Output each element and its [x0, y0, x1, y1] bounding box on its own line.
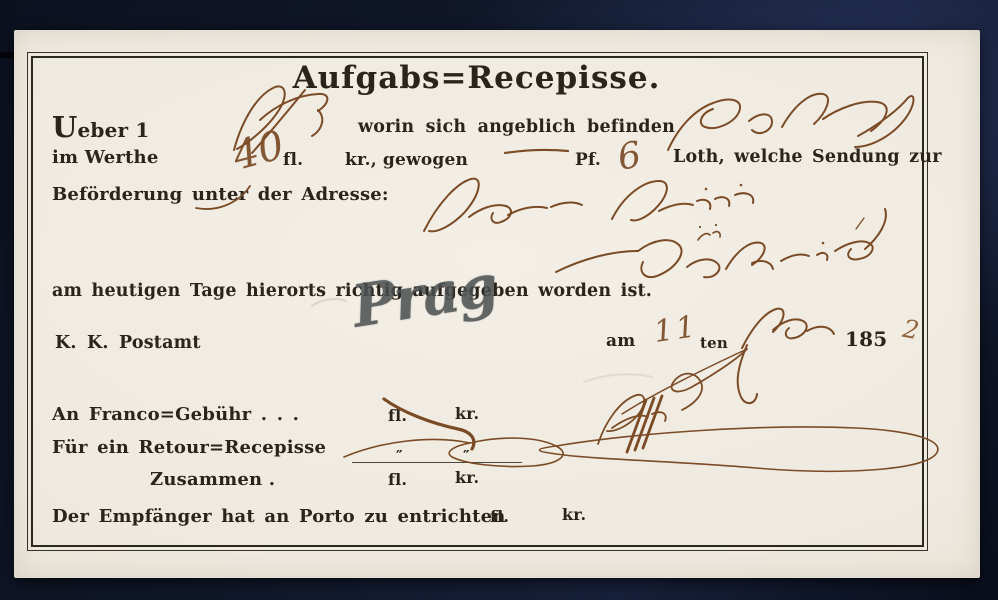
handwriting-day-11: 11 [652, 309, 701, 350]
value-line-left: im Werthe [52, 147, 159, 168]
office-label: K. K. Postamt [55, 333, 201, 353]
footer-porto-kr: kr. [562, 505, 586, 524]
fee-retour-label: Für ein Retour=Recepisse [52, 437, 326, 458]
date-am: am [606, 331, 635, 351]
footer-porto-label: Der Empfänger hat an Porto zu entrichten [52, 506, 506, 527]
document-title: Aufgabs=Recepisse. [27, 60, 926, 96]
value-line-pf: Pf. [575, 150, 601, 170]
value-line-kr: kr., gewogen [345, 150, 468, 170]
fee-franco-kr: kr. [455, 404, 479, 423]
fee-sum-rule [352, 462, 522, 463]
fee-franco-label: An Franco=Gebühr . . . [52, 404, 299, 425]
address-line-label: Beförderung unter der Adresse: [52, 184, 389, 205]
over-line-center: worin sich angeblich befinden [358, 117, 675, 137]
fee-franco-fl: fl. [388, 406, 407, 425]
document-photo: Aufgabs=Recepisse. Ueber 1 worin sich an… [0, 0, 998, 600]
fee-sum-kr: kr. [455, 468, 479, 487]
date-year-printed: 185 [845, 327, 887, 351]
date-ten: ten [700, 334, 728, 352]
fee-sum-label: Zusammen . [150, 469, 275, 490]
value-line-right: Loth, welche Sendung zur [673, 147, 942, 167]
fee-sum-fl: fl. [388, 470, 407, 489]
footer-porto-fl: fl. [490, 507, 509, 526]
over-line-left: Ueber 1 [52, 110, 150, 144]
